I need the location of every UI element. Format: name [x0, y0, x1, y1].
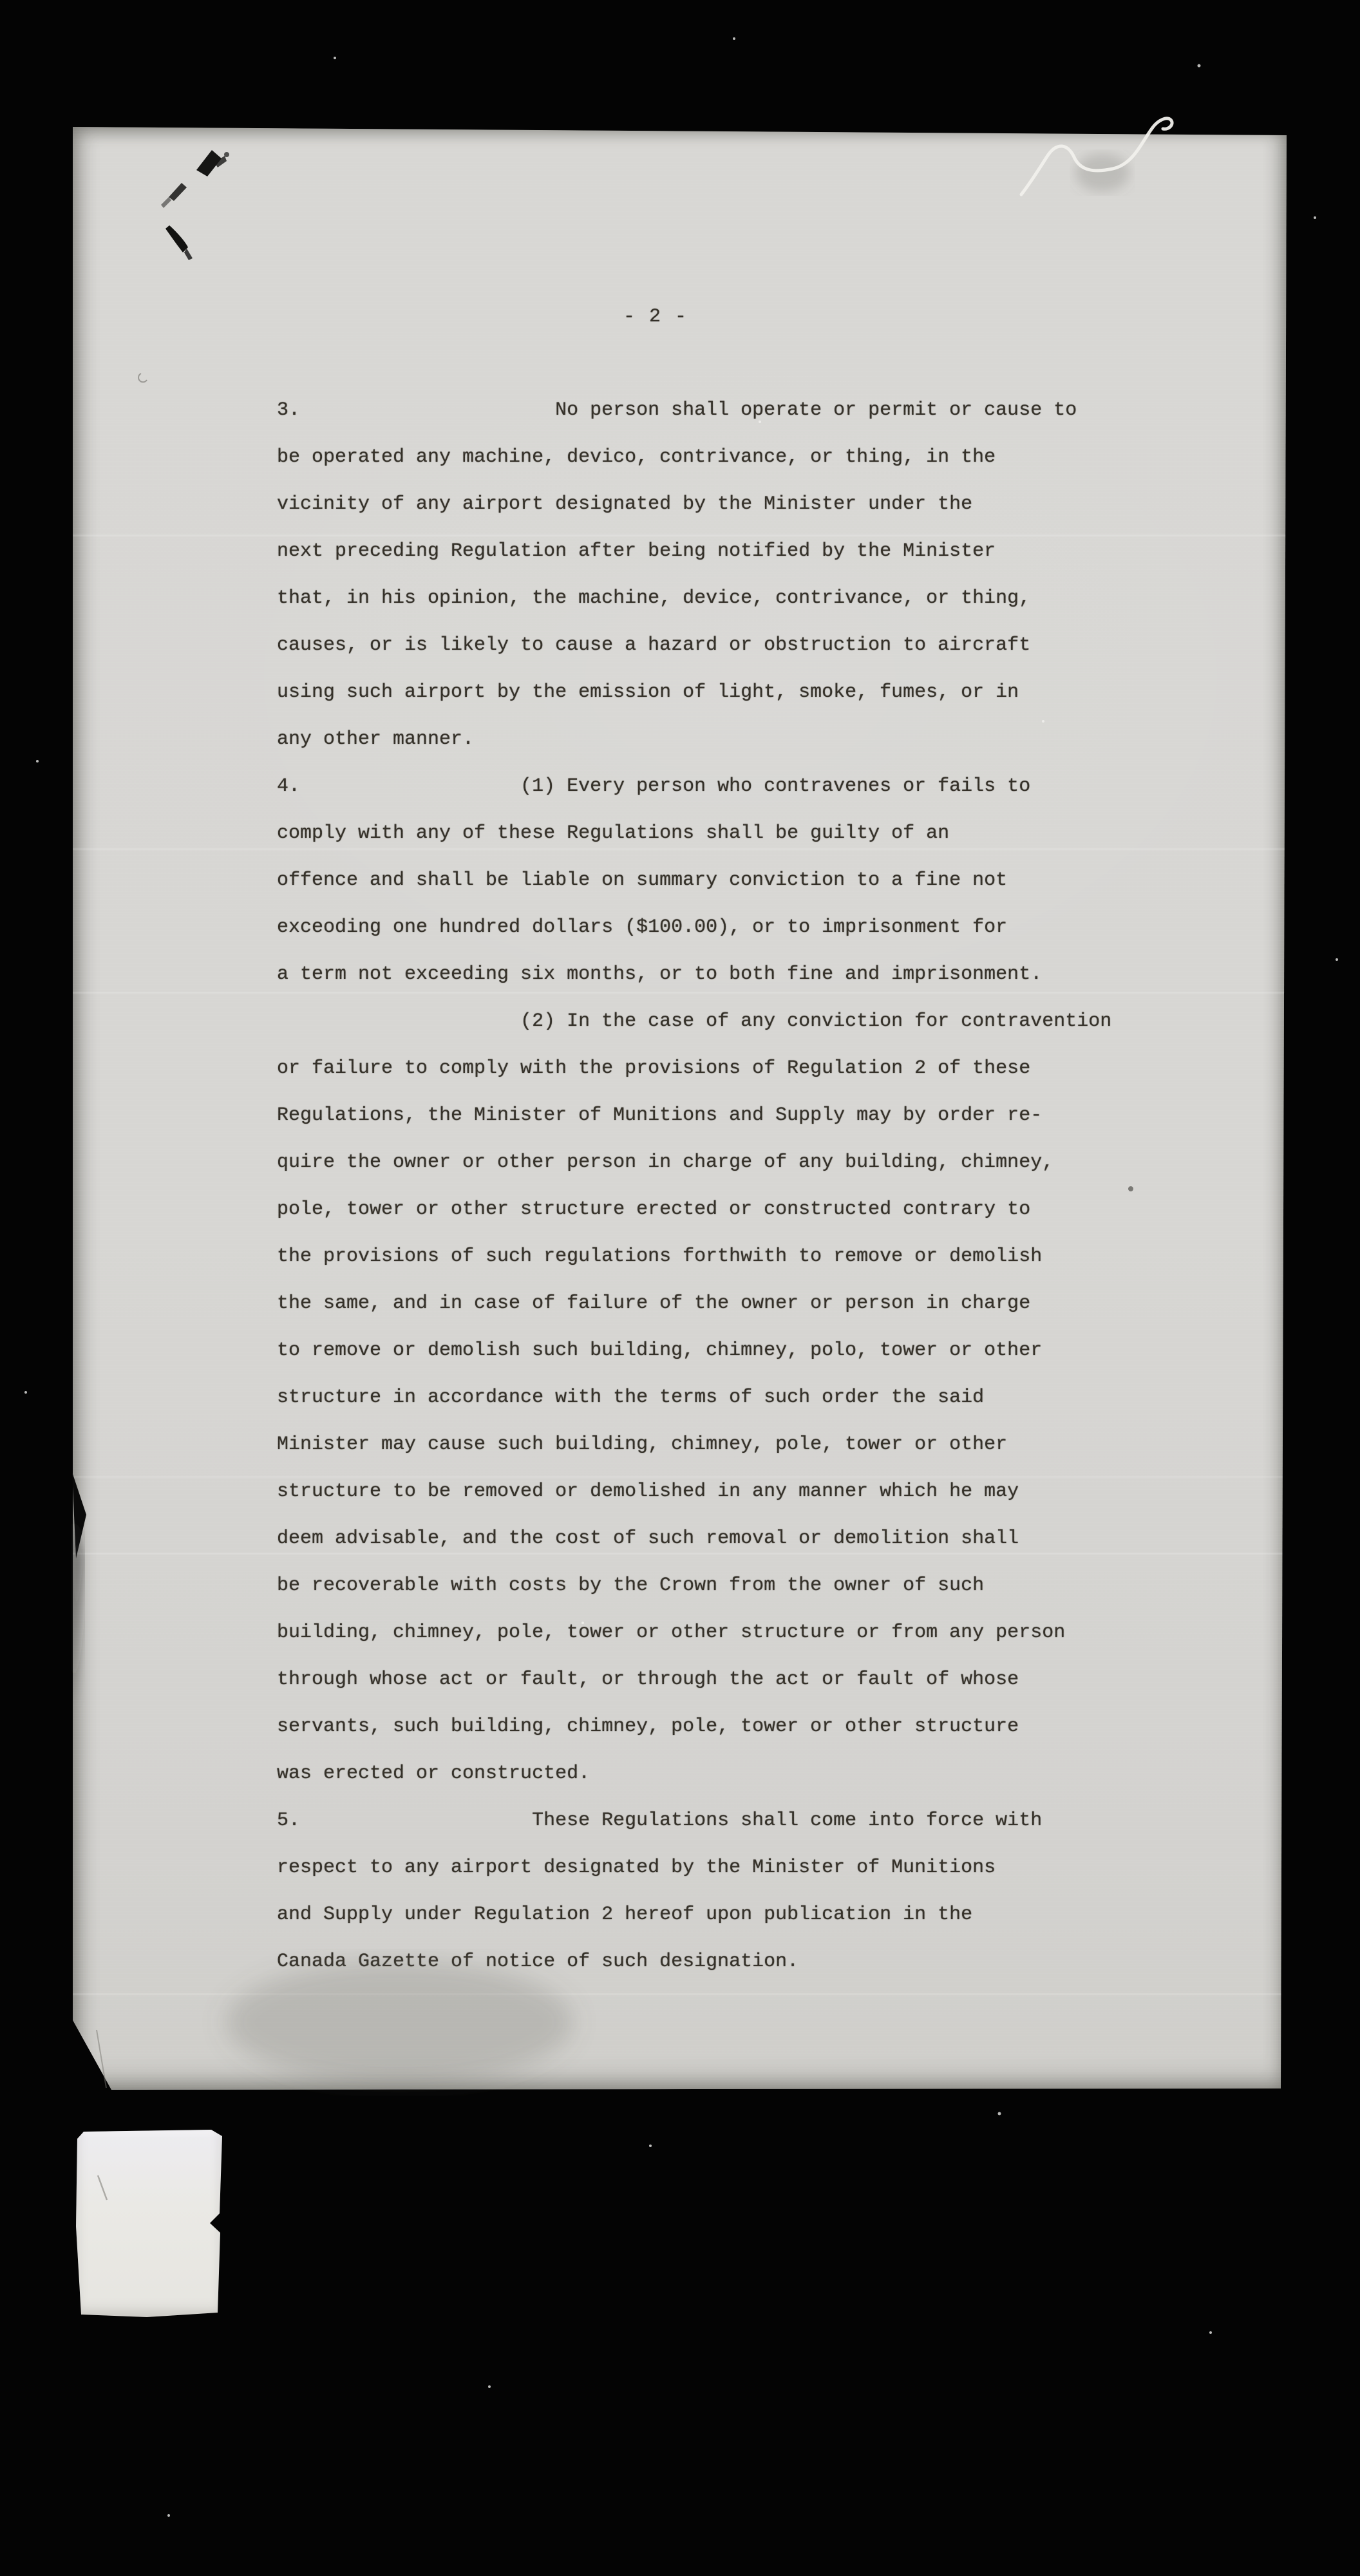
- paper-scrap: [76, 2130, 222, 2317]
- page-number: - 2 -: [601, 306, 710, 328]
- text-line: structure in accordance with the terms o…: [277, 1374, 1178, 1421]
- text-line: Minister may cause such building, chimne…: [277, 1421, 1178, 1468]
- text-line: building, chimney, pole, tower or other …: [277, 1609, 1178, 1656]
- text-line: 5. These Regulations shall come into for…: [277, 1797, 1178, 1844]
- text-line: the same, and in case of failure of the …: [277, 1280, 1178, 1327]
- text-line: a term not exceeding six months, or to b…: [277, 951, 1178, 998]
- text-line: Regulations, the Minister of Munitions a…: [277, 1092, 1178, 1139]
- text-line: comply with any of these Regulations sha…: [277, 810, 1178, 857]
- text-line: (2) In the case of any conviction for co…: [277, 998, 1178, 1045]
- text-line: next preceding Regulation after being no…: [277, 528, 1178, 575]
- text-line: using such airport by the emission of li…: [277, 669, 1178, 716]
- document-page: - 2 - 3. No person shall operate or perm…: [73, 127, 1287, 2090]
- text-line: be recoverable with costs by the Crown f…: [277, 1562, 1178, 1609]
- text-line: vicinity of any airport designated by th…: [277, 481, 1178, 528]
- text-line: exceoding one hundred dollars ($100.00),…: [277, 904, 1178, 951]
- text-line: servants, such building, chimney, pole, …: [277, 1703, 1178, 1750]
- text-line: or failure to comply with the provisions…: [277, 1045, 1178, 1092]
- text-line: and Supply under Regulation 2 hereof upo…: [277, 1891, 1178, 1938]
- text-line: pole, tower or other structure erected o…: [277, 1186, 1178, 1233]
- typewritten-text: 3. No person shall operate or permit or …: [277, 387, 1178, 1985]
- text-line: deem advisable, and the cost of such rem…: [277, 1515, 1178, 1562]
- text-line: any other manner.: [277, 716, 1178, 763]
- scan-streak: [73, 1993, 1287, 1995]
- text-line: structure to be removed or demolished in…: [277, 1468, 1178, 1515]
- text-line: 3. No person shall operate or permit or …: [277, 387, 1178, 434]
- scan-background: - 2 - 3. No person shall operate or perm…: [0, 0, 1360, 2576]
- text-line: causes, or is likely to cause a hazard o…: [277, 622, 1178, 669]
- text-line: Canada Gazette of notice of such designa…: [277, 1938, 1178, 1985]
- text-line: be operated any machine, devico, contriv…: [277, 434, 1178, 481]
- text-line: was erected or constructed.: [277, 1750, 1178, 1797]
- text-line: quire the owner or other person in charg…: [277, 1139, 1178, 1186]
- text-line: through whose act or fault, or through t…: [277, 1656, 1178, 1703]
- text-line: respect to any airport designated by the…: [277, 1844, 1178, 1891]
- text-line: 4. (1) Every person who contravenes or f…: [277, 763, 1178, 810]
- text-line: the provisions of such regulations forth…: [277, 1233, 1178, 1280]
- text-line: offence and shall be liable on summary c…: [277, 857, 1178, 904]
- text-line: that, in his opinion, the machine, devic…: [277, 575, 1178, 622]
- text-line: to remove or demolish such building, chi…: [277, 1327, 1178, 1374]
